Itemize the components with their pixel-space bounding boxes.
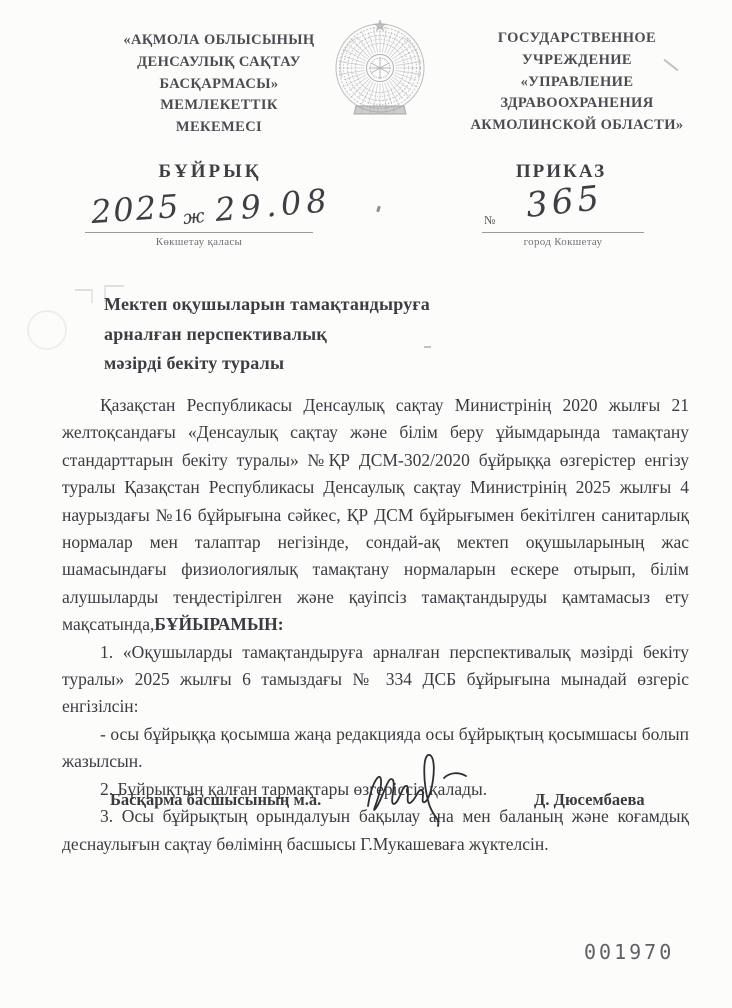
order-heading-russian: ПРИКАЗ [436,161,686,183]
org-name-kazakh: «АҚМОЛА ОБЛЫСЫНЫҢ ДЕНСАУЛЫҚ САҚТАУ БАСҚА… [64,30,374,139]
number-sign-label: № [484,213,495,228]
document-title: Мектеп оқушыларын тамақтандыруға арналға… [104,290,544,379]
order-heading-kazakh: БҰЙРЫҚ [70,161,350,183]
scan-artifact [75,289,93,303]
order-verb-bold: БҰЙЫРАМЫН: [154,614,283,634]
preamble-text: Қазақстан Республикасы Денсаулық сақтау … [62,395,689,634]
handwritten-year-suffix: ж [182,205,206,229]
signature-row: Басқарма басшысының м.а. Д. Дюсембаева [62,776,689,866]
place-caption-russian: город Кокшетау [482,236,644,248]
signer-name: Д. Дюсембаева [534,790,645,810]
handwritten-year: 2025 [90,187,182,231]
handwritten-signature [362,750,472,840]
emblem-star-icon [374,19,387,31]
page-serial-number: 001970 [584,940,674,964]
signer-position: Басқарма басшысының м.а. [110,790,321,810]
org-name-russian: ГОСУДАРСТВЕННОЕ УЧРЕЖДЕНИЕ «УПРАВЛЕНИЕ З… [428,28,726,137]
document-page: «АҚМОЛА ОБЛЫСЫНЫҢ ДЕНСАУЛЫҚ САҚТАУ БАСҚА… [0,0,732,1008]
paragraph-preamble: Қазақстан Республикасы Денсаулық сақтау … [62,392,689,639]
paragraph-item-1: 1. «Оқушыларды тамақтандыруға арналған п… [62,639,689,721]
handwritten-day-month: 29.08 [214,181,333,229]
place-caption-kazakh: Көкшетау қаласы [85,236,313,248]
scan-artifact [376,206,381,213]
kazakhstan-emblem-icon [330,14,430,128]
order-number-block: № 365 город Кокшетау [482,190,644,248]
order-date-block: 2025 ж 29.08 Көкшетау қаласы [85,188,313,248]
number-line: № 365 [482,190,644,233]
handwritten-order-number: 365 [524,178,605,226]
scan-artifact [27,310,67,350]
date-line: 2025 ж 29.08 [85,188,313,233]
